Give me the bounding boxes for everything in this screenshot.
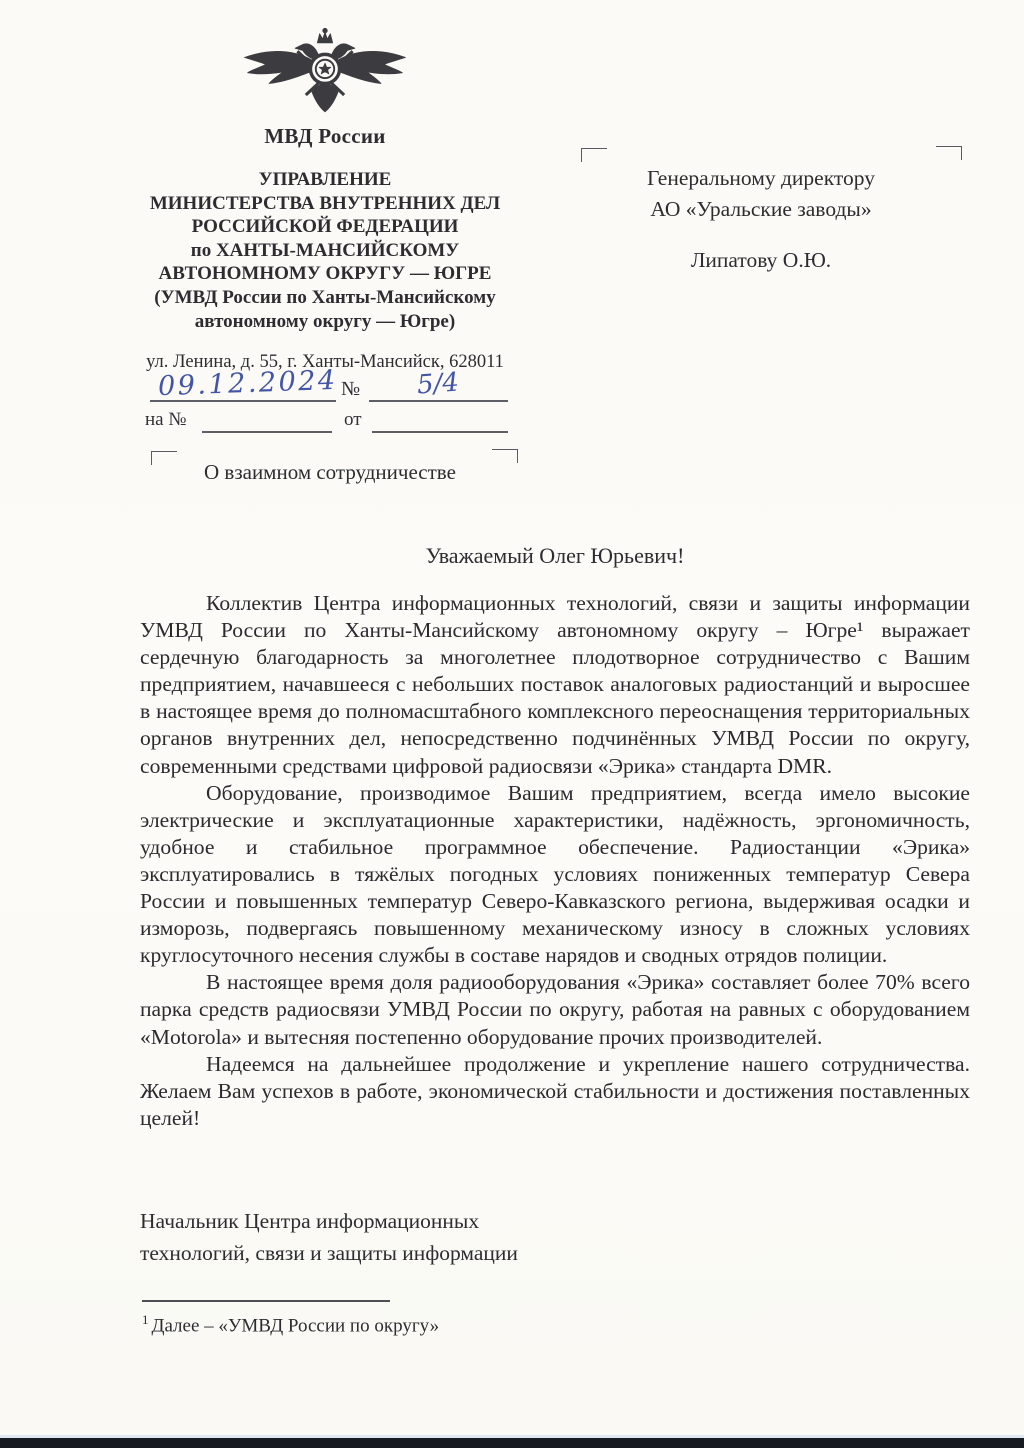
corner-mark-subject-right-icon — [492, 449, 518, 463]
outgoing-number-handwritten: 5/4 — [416, 368, 460, 401]
org-name-line: по ХАНТЫ-МАНСИЙСКОМУ — [92, 239, 558, 263]
body-paragraph: Оборудование, производимое Вашим предпри… — [140, 780, 970, 970]
number-sign-label: № — [341, 378, 360, 401]
recipient-position-line: Генеральному директору — [585, 163, 937, 194]
recipient-name: Липатову О.Ю. — [585, 245, 937, 276]
salutation: Уважаемый Олег Юрьевич! — [140, 543, 970, 569]
footnote: 1Далее – «УМВД России по округу» — [142, 1312, 439, 1337]
org-name-line: РОССИЙСКОЙ ФЕДЕРАЦИИ — [92, 215, 558, 239]
subject-line: О взаимном сотрудничестве — [204, 460, 456, 485]
org-name-line: (УМВД России по Ханты-Мансийскому — [92, 286, 558, 310]
org-name-line: МИНИСТЕРСТВА ВНУТРЕННИХ ДЕЛ — [92, 192, 558, 216]
org-name-line: АВТОНОМНОМУ ОКРУГУ — ЮГРЕ — [92, 262, 558, 286]
outgoing-date-handwritten: 09.12.2024 — [158, 365, 339, 402]
footnote-marker: 1 — [142, 1312, 149, 1327]
scan-edge-bottom-bar — [0, 1438, 1024, 1448]
outgoing-date-field: 09.12.2024 — [150, 370, 336, 402]
org-name-short: МВД России — [92, 124, 558, 149]
corner-mark-recipient-right-icon — [936, 146, 962, 160]
letter-body: Коллектив Центра информационных технолог… — [140, 590, 970, 1132]
footnote-text: Далее – «УМВД России по округу» — [152, 1315, 440, 1336]
recipient-company-line: АО «Уральские заводы» — [585, 194, 937, 225]
mvd-eagle-emblem — [239, 26, 411, 118]
org-name-line: УПРАВЛЕНИЕ — [92, 168, 558, 192]
signature-block: Начальник Центра информационных технолог… — [140, 1206, 518, 1269]
corner-mark-subject-left-icon — [151, 451, 177, 465]
in-reply-from-label: от — [344, 409, 362, 431]
in-reply-date-field — [372, 402, 508, 433]
recipient-block: Генеральному директору АО «Уральские зав… — [585, 163, 937, 276]
footnote-rule — [142, 1300, 390, 1302]
scanned-letter-page: МВД России УПРАВЛЕНИЕ МИНИСТЕРСТВА ВНУТР… — [0, 0, 1024, 1448]
letterhead: МВД России УПРАВЛЕНИЕ МИНИСТЕРСТВА ВНУТР… — [92, 26, 558, 373]
body-paragraph: Коллектив Центра информационных технолог… — [140, 590, 970, 780]
outgoing-number-field: 5/4 — [369, 370, 508, 402]
signature-title-line: технологий, связи и защиты информации — [140, 1238, 518, 1270]
signature-title-line: Начальник Центра информационных — [140, 1206, 518, 1238]
corner-mark-recipient-left-icon — [581, 148, 607, 162]
org-name-line: автономному округу — Югре) — [92, 310, 558, 334]
body-paragraph: В настоящее время доля радиооборудования… — [140, 969, 970, 1050]
body-paragraph: Надеемся на дальнейшее продолжение и укр… — [140, 1051, 970, 1132]
in-reply-to-label: на № — [145, 409, 186, 431]
org-name-full: УПРАВЛЕНИЕ МИНИСТЕРСТВА ВНУТРЕННИХ ДЕЛ Р… — [92, 168, 558, 333]
in-reply-to-number-field — [202, 402, 332, 433]
